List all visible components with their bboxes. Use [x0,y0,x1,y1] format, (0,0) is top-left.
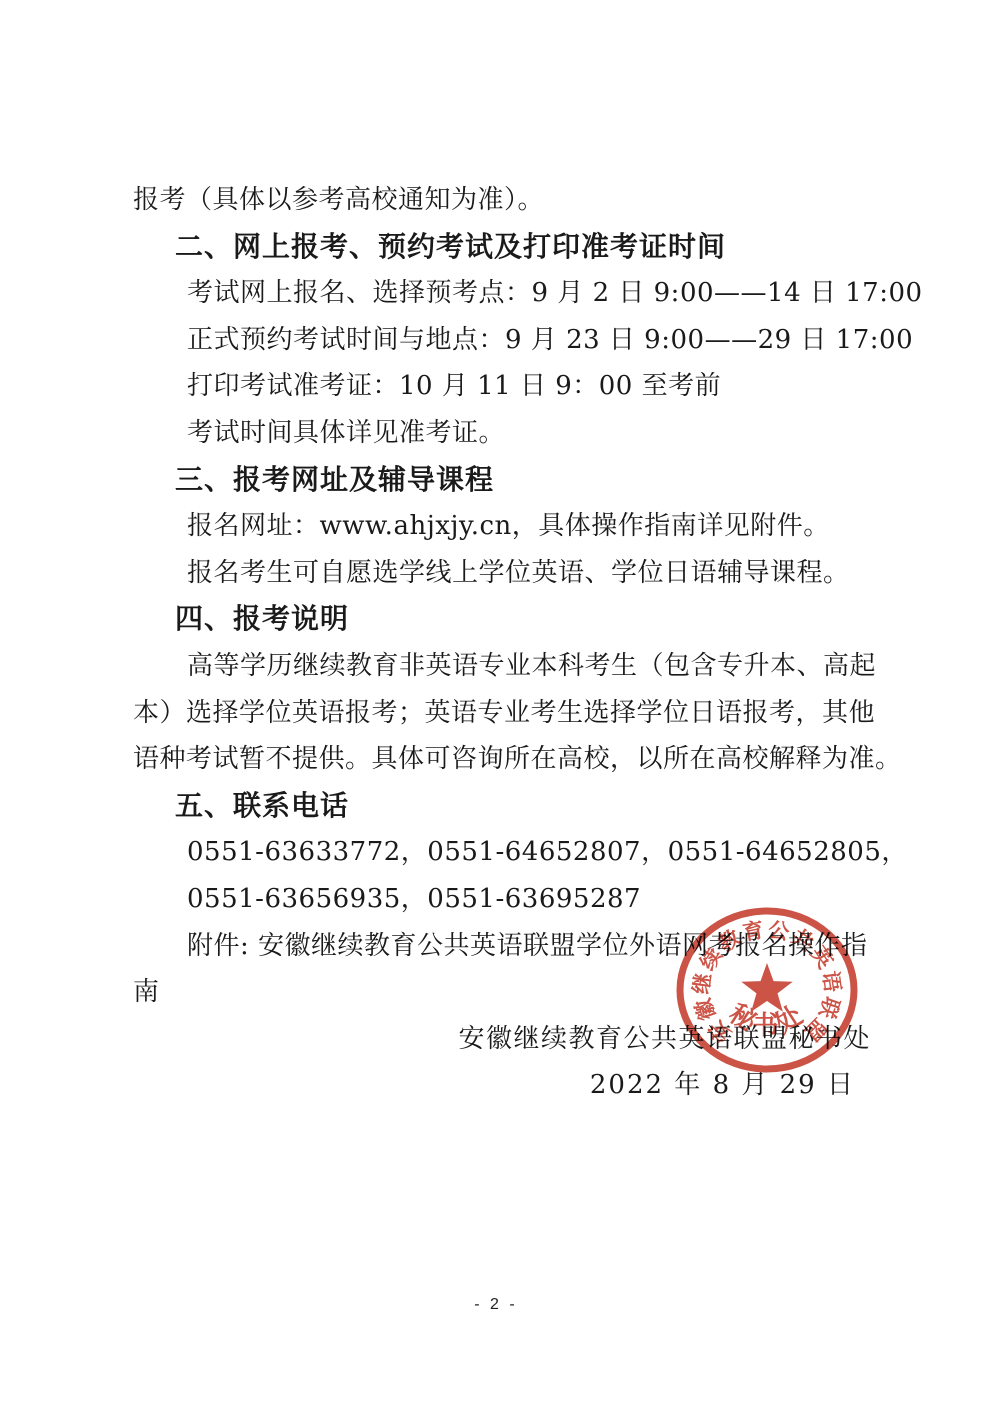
section-heading: 二、网上报考、预约考试及打印准考证时间 [133,224,875,271]
text-line: 考试网上报名、选择预考点：9 月 2 日 9:00——14 日 17:00 [133,270,875,317]
text-line: 本）选择学位英语报考；英语专业考生选择学位日语报考，其他 [133,690,875,737]
text-line: 语种考试暂不提供。具体可咨询所在高校，以所在高校解释为准。 [133,736,875,783]
section-heading: 五、联系电话 [133,783,875,830]
text-line: 报考（具体以参考高校通知为准）。 [133,177,875,224]
page-number: - 2 - [0,1296,992,1314]
text-line: 0551-63633772，0551-64652807，0551-6465280… [133,829,875,876]
official-seal: 安徽继续教育公共英语联盟 秘书处 [657,890,877,1090]
text-line: 高等学历继续教育非英语专业本科考生（包含专升本、高起 [133,643,875,690]
text-line: 打印考试准考证：10 月 11 日 9：00 至考前 [133,363,875,410]
text-line: 报名网址：www.ahjxjy.cn，具体操作指南详见附件。 [133,503,875,550]
text-line: 报名考生可自愿选学线上学位英语、学位日语辅导课程。 [133,550,875,597]
text-line: 正式预约考试时间与地点：9 月 23 日 9:00——29 日 17:00 [133,317,875,364]
section-heading: 三、报考网址及辅导课程 [133,457,875,504]
text-line: 考试时间具体详见准考证。 [133,410,875,457]
document-page: 报考（具体以参考高校通知为准）。二、网上报考、预约考试及打印准考证时间考试网上报… [0,0,992,1403]
seal-bottom-text: 秘书处 [723,999,810,1041]
star-icon [741,963,792,1012]
section-heading: 四、报考说明 [133,596,875,643]
